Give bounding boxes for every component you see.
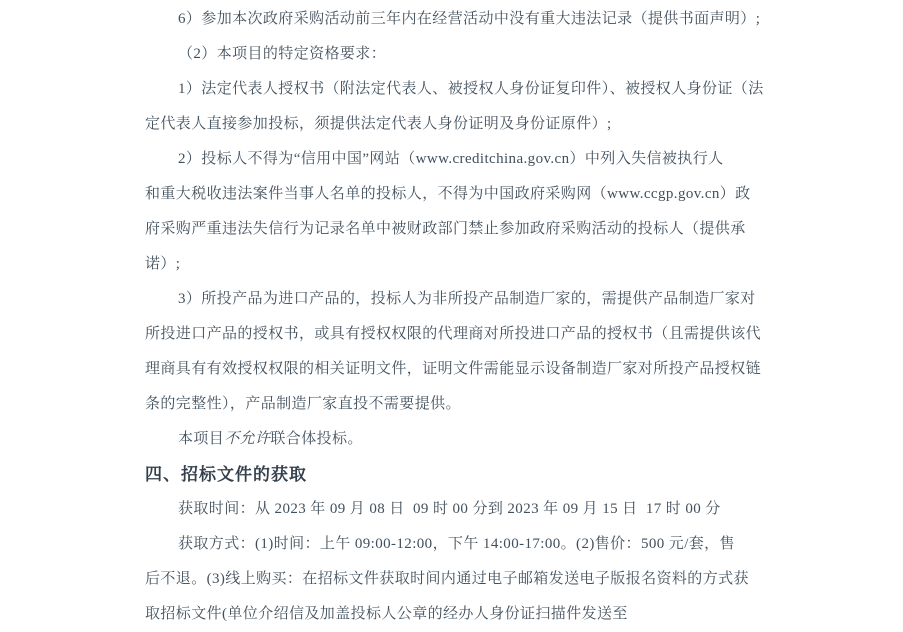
text-line-obtain-method-1: 获取方式：(1)时间：上午 09:00-12:00，下午 14:00-17:00… [145,527,770,562]
document-page: 6）参加本次政府采购活动前三年内在经营活动中没有重大违法记录（提供书面声明）; … [0,0,903,614]
text-line-credit-china-2: 和重大税收违法案件当事人名单的投标人，不得为中国政府采购网（www.ccgp.g… [145,177,770,212]
no-consortium-suffix: 联合体投标。 [270,431,362,447]
text-line-imported-product-2: 所投进口产品的授权书，或具有授权权限的代理商对所投进口产品的授权书（且需提供该代 [145,317,770,352]
document-text-block: 6）参加本次政府采购活动前三年内在经营活动中没有重大违法记录（提供书面声明）; … [145,2,770,614]
text-line-no-consortium: 本项目不允许联合体投标。 [145,422,770,457]
text-line-legal-rep-authorization-1: 1）法定代表人授权书（附法定代表人、被授权人身份证复印件）、被授权人身份证（法 [145,72,770,107]
text-line-credit-china-4: 诺）; [145,247,770,282]
no-consortium-prefix: 本项目 [178,431,224,447]
text-line-legal-rep-authorization-2: 定代表人直接参加投标，须提供法定代表人身份证明及身份证原件）; [145,107,770,142]
text-line-imported-product-4: 条的完整性），产品制造厂家直投不需要提供。 [145,387,770,422]
no-consortium-emphasis: 不允许 [224,431,270,447]
section-heading-obtain-bidding-documents: 四、招标文件的获取 [145,457,770,492]
text-line-imported-product-3: 理商具有有效授权权限的相关证明文件，证明文件需能显示设备制造厂家对所投产品授权链 [145,352,770,387]
text-line-specific-qualification-header: （2）本项目的特定资格要求： [145,37,770,72]
text-line-imported-product-1: 3）所投产品为进口产品的，投标人为非所投产品制造厂家的，需提供产品制造厂家对 [145,282,770,317]
text-line-no-major-violation: 6）参加本次政府采购活动前三年内在经营活动中没有重大违法记录（提供书面声明）; [145,2,770,37]
text-line-obtain-time: 获取时间：从 2023 年 09 月 08 日 09 时 00 分到 2023 … [145,492,770,527]
text-line-credit-china-3: 府采购严重违法失信行为记录名单中被财政部门禁止参加政府采购活动的投标人（提供承 [145,212,770,247]
text-line-obtain-method-2: 后不退。(3)线上购买：在招标文件获取时间内通过电子邮箱发送电子版报名资料的方式… [145,562,770,597]
text-line-obtain-method-3: 取招标文件(单位介绍信及加盖投标人公章的经办人身份证扫描件发送至 [145,597,770,614]
text-line-credit-china-1: 2）投标人不得为“信用中国”网站（www.creditchina.gov.cn）… [145,142,770,177]
